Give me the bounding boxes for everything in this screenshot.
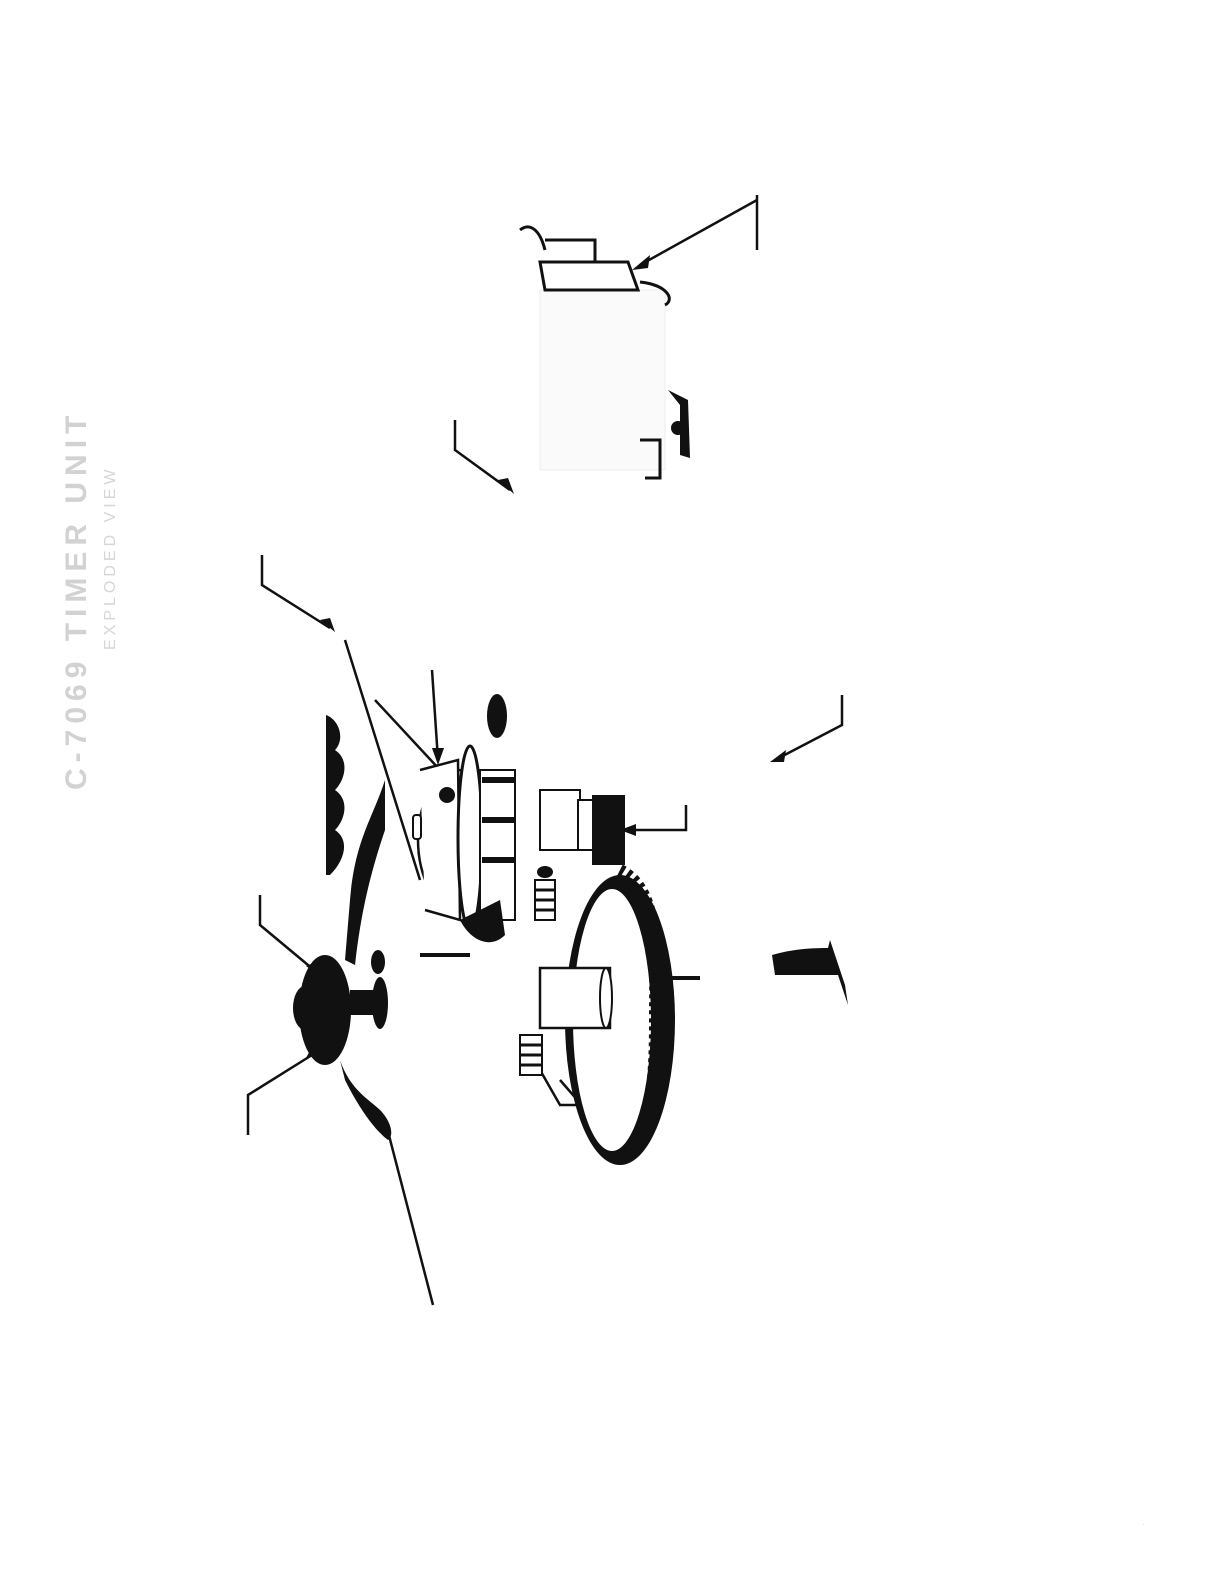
pinion-gear <box>540 790 625 865</box>
shaft-support-bracket <box>772 940 848 1005</box>
cam-wheel <box>413 694 515 942</box>
actuator-arm-lower <box>340 1060 391 1140</box>
actuator-arm <box>345 780 385 965</box>
spring-post-upper <box>535 866 555 920</box>
exploded-view-drawing <box>0 0 1224 1584</box>
ratchet-wheel <box>326 715 344 875</box>
hub-knob <box>293 950 388 1065</box>
spring-clutch <box>520 1035 542 1075</box>
timer-motor-housing <box>520 227 690 478</box>
page-mark: · <box>1142 1520 1145 1529</box>
